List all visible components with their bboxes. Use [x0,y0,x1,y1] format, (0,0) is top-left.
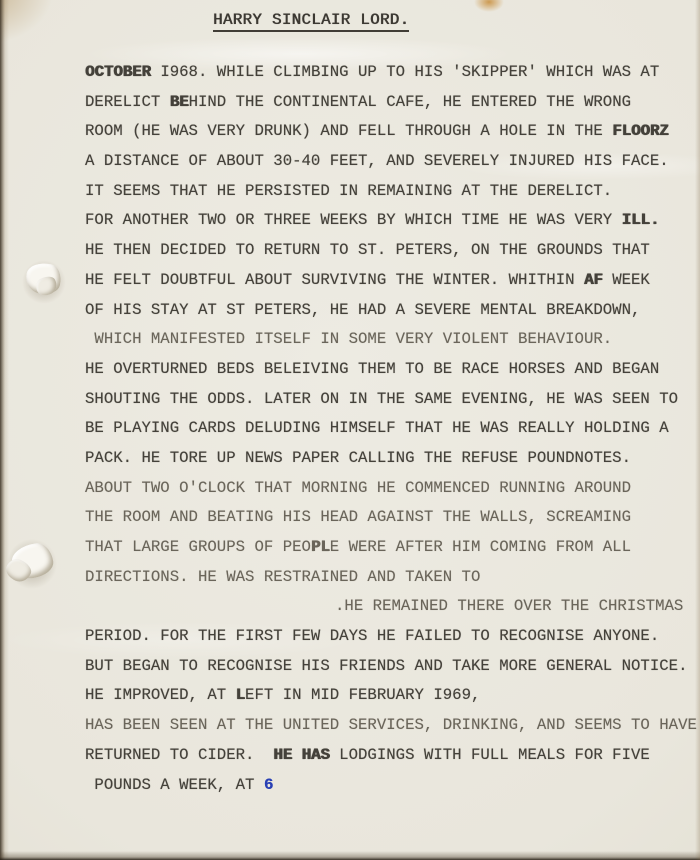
text-segment: HAS BEEN SEEN AT THE UNITED SERVICES, DR… [85,716,697,734]
text-segment: LODGINGS WITH FULL MEALS FOR FIVE [330,746,650,764]
text-segment: HE IMPROVED, AT [85,686,236,704]
text-line: SHOUTING THE ODDS. LATER ON IN THE SAME … [85,385,700,415]
text-segment: HE FELT DOUBTFUL ABOUT SURVIVING THE WIN… [85,271,584,289]
text-segment: DIRECTIONS. HE WAS RESTRAINED AND TAKEN … [85,568,480,586]
scan-edge-bottom [0,851,700,860]
text-segment: HE HAS [273,746,329,764]
text-line: WHICH MANIFESTED ITSELF IN SOME VERY VIO… [85,325,700,355]
text-segment: EFT IN MID FEBRUARY I969, [245,686,480,704]
text-line: ABOUT TWO O'CLOCK THAT MORNING HE COMMEN… [85,474,700,504]
text-line: BUT BEGAN TO RECOGNISE HIS FRIENDS AND T… [85,652,700,682]
text-segment: BE PLAYING CARDS DELUDING HIMSELF THAT H… [85,419,669,437]
text-segment: L [236,686,245,704]
text-line: HE THEN DECIDED TO RETURN TO ST. PETERS,… [85,236,700,266]
text-segment: WHICH MANIFESTED ITSELF IN SOME VERY VIO… [85,330,612,348]
text-line: .HE REMAINED THERE OVER THE CHRISTMAS [85,592,700,622]
text-line: DIRECTIONS. HE WAS RESTRAINED AND TAKEN … [85,563,700,593]
text-line: PERIOD. FOR THE FIRST FEW DAYS HE FAILED… [85,622,700,652]
text-segment: THAT LARGE GROUPS OF PEO [85,538,311,556]
text-line: HAS BEEN SEEN AT THE UNITED SERVICES, DR… [85,711,700,741]
text-line: HE OVERTURNED BEDS BELEIVING THEM TO BE … [85,355,700,385]
text-line: OF HIS STAY AT ST PETERS, HE HAD A SEVER… [85,296,700,326]
text-segment: HE OVERTURNED BEDS BELEIVING THEM TO BE … [85,360,659,378]
text-line: PACK. HE TORE UP NEWS PAPER CALLING THE … [85,444,700,474]
handwritten-blue-number: 6 [264,776,273,794]
document-body: OCTOBER I968. WHILE CLIMBING UP TO HIS '… [85,58,700,800]
text-segment: ABOUT TWO O'CLOCK THAT MORNING HE COMMEN… [85,479,631,497]
text-segment: BUT BEGAN TO RECOGNISE HIS FRIENDS AND T… [85,657,688,675]
text-segment: FOR ANOTHER TWO OR THREE WEEKS BY WHICH … [85,211,622,229]
paper-tear-top [20,258,68,306]
text-segment: SHOUTING THE ODDS. LATER ON IN THE SAME … [85,390,678,408]
text-segment: OF HIS STAY AT ST PETERS, HE HAD A SEVER… [85,301,640,319]
paper-tear-bottom [4,536,60,592]
scan-edge-left [0,0,9,860]
text-line: BE PLAYING CARDS DELUDING HIMSELF THAT H… [85,414,700,444]
text-line: FOR ANOTHER TWO OR THREE WEEKS BY WHICH … [85,206,700,236]
text-line: RETURNED TO CIDER. HE HAS LODGINGS WITH … [85,741,700,771]
text-segment: E WERE AFTER HIM COMING FROM ALL [330,538,631,556]
text-line: A DISTANCE OF ABOUT 30-40 FEET, AND SEVE… [85,147,700,177]
text-segment: THE ROOM AND BEATING HIS HEAD AGAINST TH… [85,508,631,526]
text-line: THAT LARGE GROUPS OF PEOPLE WERE AFTER H… [85,533,700,563]
text-segment: HIND THE CONTINENTAL CAFE, HE ENTERED TH… [189,93,631,111]
text-line: HE IMPROVED, AT LEFT IN MID FEBRUARY I96… [85,681,700,711]
text-segment: HE THEN DECIDED TO RETURN TO ST. PETERS,… [85,241,650,259]
text-segment: BE [170,93,189,111]
text-segment: FLOORZ [612,122,668,140]
text-segment: IT SEEMS THAT HE PERSISTED IN REMAINING … [85,182,612,200]
text-line: THE ROOM AND BEATING HIS HEAD AGAINST TH… [85,503,700,533]
text-segment: AF [584,271,603,289]
text-segment: OCTOBER [85,63,151,81]
text-segment: ILL. [622,211,660,229]
text-segment: PACK. HE TORE UP NEWS PAPER CALLING THE … [85,449,631,467]
text-line: DERELICT BEHIND THE CONTINENTAL CAFE, HE… [85,88,700,118]
page-title: HARRY SINCLAIR LORD. [213,11,409,32]
text-segment: I968. WHILE CLIMBING UP TO HIS 'SKIPPER'… [151,63,659,81]
text-segment: PL [311,538,330,556]
text-segment: DERELICT [85,93,170,111]
text-segment: ROOM (HE WAS VERY DRUNK) AND FELL THROUG… [85,122,612,140]
document-page: HARRY SINCLAIR LORD. OCTOBER I968. WHILE… [0,0,700,860]
text-segment: .HE REMAINED THERE OVER THE CHRISTMAS [335,597,683,615]
text-segment: POUNDS A WEEK, AT [85,776,264,794]
text-segment: RETURNED TO CIDER. [85,746,273,764]
text-line: IT SEEMS THAT HE PERSISTED IN REMAINING … [85,177,700,207]
text-line: ROOM (HE WAS VERY DRUNK) AND FELL THROUG… [85,117,700,147]
text-line: OCTOBER I968. WHILE CLIMBING UP TO HIS '… [85,58,700,88]
text-segment: PERIOD. FOR THE FIRST FEW DAYS HE FAILED… [85,627,659,645]
text-segment: A DISTANCE OF ABOUT 30-40 FEET, AND SEVE… [85,152,669,170]
text-line: POUNDS A WEEK, AT 6 [85,771,700,801]
text-segment: WEEK [603,271,650,289]
text-line: HE FELT DOUBTFUL ABOUT SURVIVING THE WIN… [85,266,700,296]
